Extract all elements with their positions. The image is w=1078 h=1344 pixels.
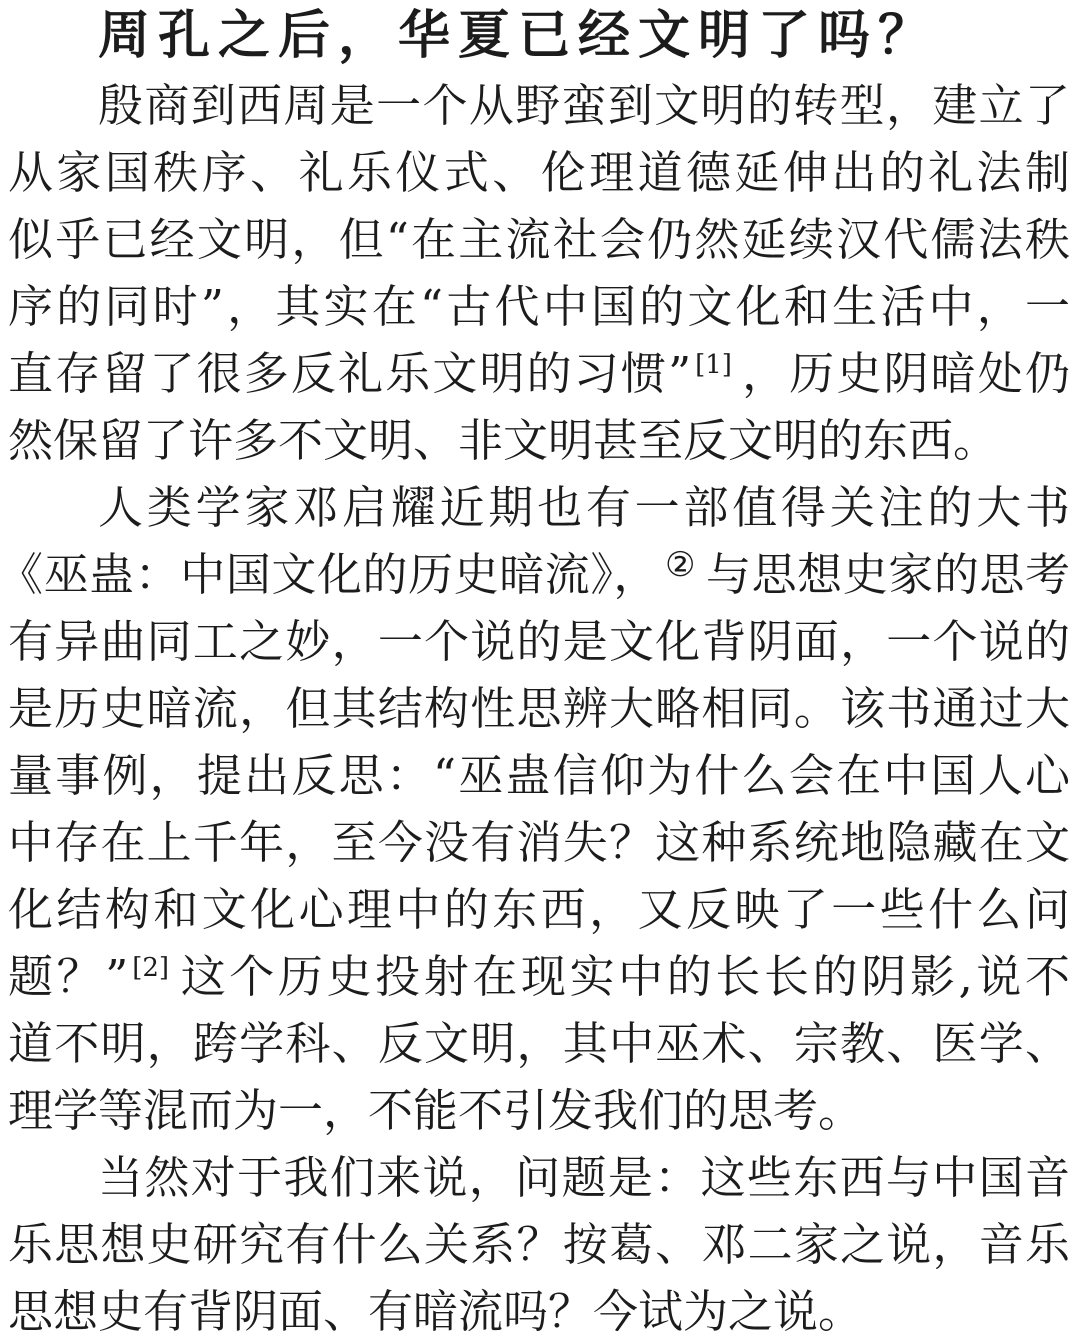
text-segment: 与思想史家的思考 [706,548,1070,601]
paragraph2-line9: 道不明，跨学科、反文明，其中巫术、宗教、医学、心 [8,1010,1070,1077]
paragraph3-line2: 乐思想史研究有什么关系？按葛、邓二家之说，音乐 [8,1211,1070,1278]
paragraph2-line3: 有异曲同工之妙，一个说的是文化背阴面，一个说的 [8,608,1070,675]
paragraph2-line5: 量事例，提出反思：“巫蛊信仰为什么会在中国人心 [8,742,1070,809]
paragraph1-line5: 直存留了很多反礼乐文明的习惯”[1]，历史阴暗处仍 [8,340,1070,407]
footnote-marker-2-circled: ② [665,545,696,585]
text-segment: ，历史阴暗处仍 [740,347,1070,400]
paragraph2-line7: 化结构和文化心理中的东西，又反映了一些什么问 [8,876,1070,943]
document-page: 周孔之后，华夏已经文明了吗？ 殷商到西周是一个从野蛮到文明的转型，建立了 从家国… [0,0,1078,1344]
paragraph1-line4: 序的同时”，其实在“古代中国的文化和生活中，一 [8,273,1070,340]
paragraph2-line4: 是历史暗流，但其结构性思辨大略相同。该书通过大 [8,675,1070,742]
footnote-marker-3: [2] [132,953,169,983]
paragraph3-line1: 当然对于我们来说，问题是：这些东西与中国音 [8,1144,1070,1211]
text-segment: 《巫蛊：中国文化的历史暗流》， [0,548,659,601]
paragraph2-line1: 人类学家邓启耀近期也有一部值得关注的大书 [8,474,1070,541]
article-title: 周孔之后，华夏已经文明了吗？ [8,0,1070,72]
paragraph3-line3: 思想史有背阴面、有暗流吗？今试为之说。 [8,1278,1070,1344]
footnote-marker-1: [1] [695,350,732,380]
text-segment: 直存留了很多反礼乐文明的习惯” [8,347,691,400]
paragraph1-line6: 然保留了许多不文明、非文明甚至反文明的东西。 [8,407,1070,474]
paragraph2-line6: 中存在上千年，至今没有消失？这种系统地隐藏在文 [8,809,1070,876]
text-segment: 题？” [8,950,128,1003]
paragraph2-line10: 理学等混而为一，不能不引发我们的思考。 [8,1077,1070,1144]
paragraph1-line2: 从家国秩序、礼乐仪式、伦理道德延伸出的礼法制度， [8,139,1070,206]
paragraph2-line2: 《巫蛊：中国文化的历史暗流》，②与思想史家的思考 [0,541,1070,608]
paragraph1-line3: 似乎已经文明，但“在主流社会仍然延续汉代儒法秩 [8,206,1070,273]
paragraph2-line8: 题？”[2]这个历史投射在现实中的长长的阴影,说不清、 [8,943,1070,1010]
paragraph1-line1: 殷商到西周是一个从野蛮到文明的转型，建立了 [8,72,1070,139]
